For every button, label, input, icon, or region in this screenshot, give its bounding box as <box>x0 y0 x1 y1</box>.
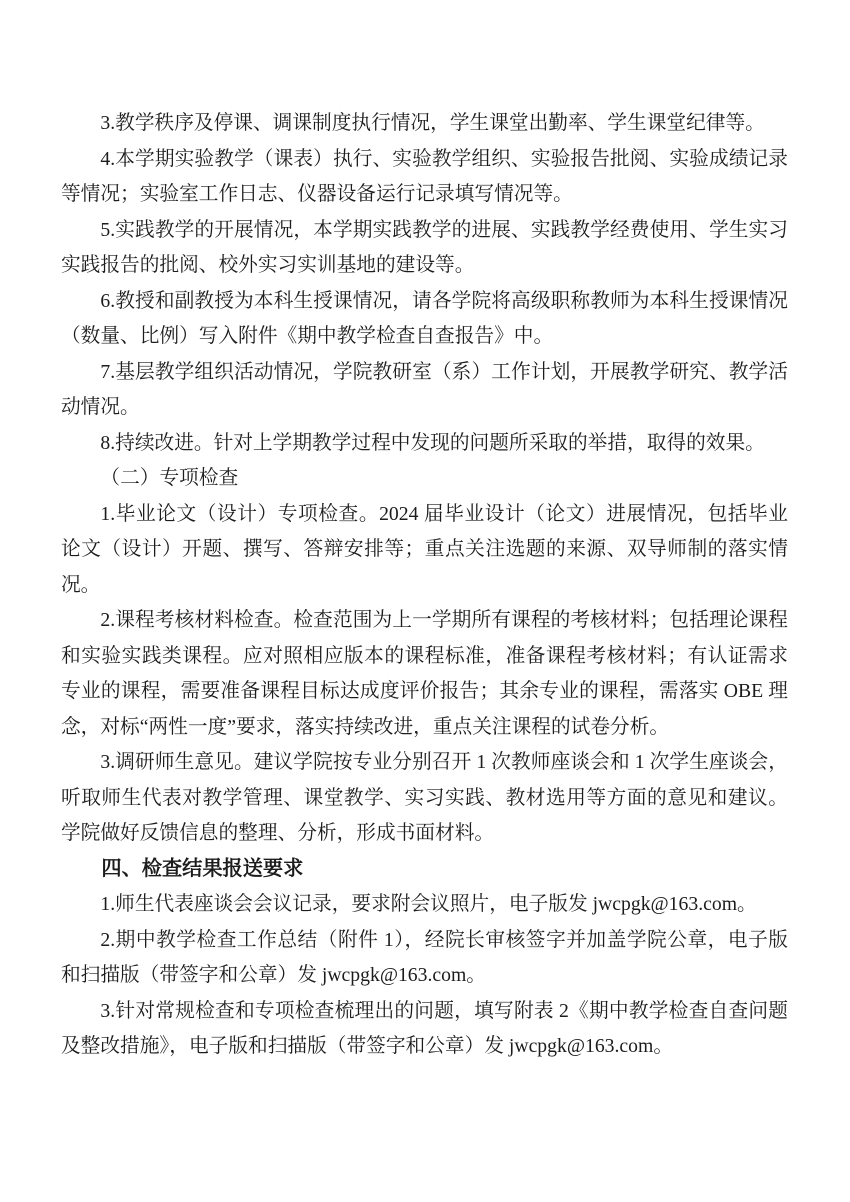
document-page: 3.教学秩序及停课、调课制度执行情况，学生课堂出勤率、学生课堂纪律等。 4.本学… <box>0 0 850 1202</box>
report-item-1: 1.师生代表座谈会会议记录，要求附会议照片，电子版发 jwcpgk@163.co… <box>61 887 788 923</box>
subsection-heading-special-inspection: （二）专项检查 <box>61 461 788 497</box>
report-item-3: 3.针对常规检查和专项检查梳理出的问题，填写附表 2《期中教学检查自查问题及整改… <box>61 994 788 1065</box>
special-inspection-item-3: 3.调研师生意见。建议学院按专业分别召开 1 次教师座谈会和 1 次学生座谈会，… <box>61 745 788 852</box>
list-item-3: 3.教学秩序及停课、调课制度执行情况，学生课堂出勤率、学生课堂纪律等。 <box>61 106 788 142</box>
list-item-4: 4.本学期实验教学（课表）执行、实验教学组织、实验报告批阅、实验成绩记录等情况；… <box>61 142 788 213</box>
section-heading-report-requirements: 四、检查结果报送要求 <box>61 852 788 888</box>
list-item-6: 6.教授和副教授为本科生授课情况，请各学院将高级职称教师为本科生授课情况（数量、… <box>61 284 788 355</box>
list-item-7: 7.基层教学组织活动情况，学院教研室（系）工作计划，开展教学研究、教学活动情况。 <box>61 355 788 426</box>
list-item-8: 8.持续改进。针对上学期教学过程中发现的问题所采取的举措，取得的效果。 <box>61 426 788 462</box>
special-inspection-item-1: 1.毕业论文（设计）专项检查。2024 届毕业设计（论文）进展情况，包括毕业论文… <box>61 497 788 604</box>
report-item-2: 2.期中教学检查工作总结（附件 1），经院长审核签字并加盖学院公章，电子版和扫描… <box>61 923 788 994</box>
special-inspection-item-2: 2.课程考核材料检查。检查范围为上一学期所有课程的考核材料；包括理论课程和实验实… <box>61 603 788 745</box>
list-item-5: 5.实践教学的开展情况，本学期实践教学的进展、实践教学经费使用、学生实习实践报告… <box>61 213 788 284</box>
